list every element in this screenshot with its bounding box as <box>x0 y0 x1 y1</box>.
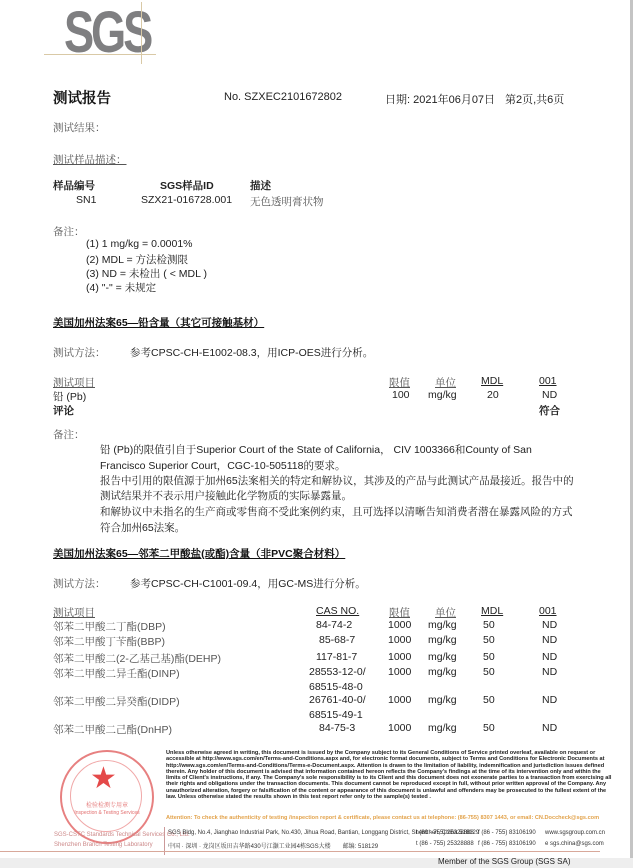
sample-table-header-desc: 描述 <box>250 178 271 193</box>
s1-header-limit: 限值 <box>389 375 410 390</box>
s2-result: ND <box>542 666 557 678</box>
s2-header-item: 测试项目 <box>53 605 95 620</box>
s2-mdl: 50 <box>483 666 495 678</box>
s2-item: 邻苯二甲酸丁苄酯(BBP) <box>53 634 165 649</box>
s2-header-sample: 001 <box>539 605 557 617</box>
page-indicator: 第2页,共6页 <box>505 91 564 107</box>
logo-vertical-rule <box>141 2 142 64</box>
official-stamp: ★ 检验检测专用章 Inspection & Testing Services <box>60 750 154 844</box>
s2-item: 邻苯二甲酸二异癸酯(DIDP) <box>53 694 180 709</box>
s1-row-unit: mg/kg <box>428 389 457 401</box>
s2-result: ND <box>542 722 557 734</box>
s2-cas: 85-68-7 <box>319 634 355 646</box>
notes-label: 备注： <box>53 224 85 239</box>
s2-item: 邻苯二甲酸二异壬酯(DINP) <box>53 666 180 681</box>
email-link[interactable]: e sgs.china@sgs.com <box>545 841 604 847</box>
s2-cas-2: 68515-48-0 <box>309 681 363 693</box>
s2-item: 邻苯二甲酸二己酯(DnHP) <box>53 722 172 737</box>
fax-2: f (86 - 755) 83106190 <box>478 841 536 847</box>
section1-remarks: 铅 (Pb)的限值引自于Superior Court of the State … <box>100 442 580 536</box>
s2-cas: 26761-40-0/ <box>309 694 366 706</box>
stamp-center-text: 检验检测专用章 <box>72 800 142 809</box>
s2-result: ND <box>542 651 557 663</box>
s2-limit: 1000 <box>388 634 411 646</box>
s2-unit: mg/kg <box>428 651 457 663</box>
sample-desc: 无色透明膏状物 <box>250 194 324 209</box>
stamp-branch-line: Shenzhen Branch Testing Laboratory <box>54 842 153 848</box>
s2-unit: mg/kg <box>428 634 457 646</box>
s2-cas: 84-75-3 <box>319 722 355 734</box>
sample-no: SN1 <box>76 194 96 206</box>
sample-description-label: 测试样品描述： <box>53 152 127 167</box>
s2-unit: mg/kg <box>428 666 457 678</box>
remark-3: 和解协议中未指名的生产商或零售商不受此案例约束，且可选择以清晰告知消费者潜在暴露… <box>100 504 580 536</box>
section1-title: 美国加州法案65—铅含量（其它可接触基材） <box>53 315 264 330</box>
s1-header-item: 测试项目 <box>53 375 95 390</box>
address-cn: 中国 · 深圳 · 龙岗区坂田吉华路430号江灏工业园4栋SGS大楼 邮编: 5… <box>168 841 378 850</box>
note-2: (2) MDL = 方法检测限 <box>86 252 188 267</box>
s1-comment-label: 评论 <box>53 403 74 418</box>
section2-method-label: 测试方法： <box>53 576 106 591</box>
report-title: 测试报告 <box>53 87 111 108</box>
s2-mdl: 50 <box>483 722 495 734</box>
s1-row-item: 铅 (Pb) <box>53 389 86 404</box>
s2-header-limit: 限值 <box>389 605 410 620</box>
s2-cas-2: 68515-49-1 <box>309 709 363 721</box>
s1-header-unit: 单位 <box>435 375 456 390</box>
sample-id: SZX21-016728.001 <box>141 194 232 206</box>
s2-limit: 1000 <box>388 666 411 678</box>
logo-horizontal-rule <box>44 54 156 55</box>
s1-row-limit: 100 <box>392 389 410 401</box>
member-statement: Member of the SGS Group (SGS SA) <box>438 857 571 866</box>
report-date: 日期: 2021年06月07日 <box>385 91 495 107</box>
test-results-label: 测试结果： <box>53 120 106 135</box>
s2-cas: 117-81-7 <box>316 651 357 663</box>
footer-divider-horizontal <box>0 851 600 852</box>
s2-cas: 84-74-2 <box>316 619 352 631</box>
s2-header-cas: CAS NO. <box>316 605 359 617</box>
note-1: (1) 1 mg/kg = 0.0001% <box>86 238 193 250</box>
telephone-1: t (86 - 755) 25328888 <box>416 830 474 836</box>
s2-mdl: 50 <box>483 651 495 663</box>
s2-header-mdl: MDL <box>481 605 503 617</box>
s1-header-sample: 001 <box>539 375 557 387</box>
s2-result: ND <box>542 634 557 646</box>
s1-header-mdl: MDL <box>481 375 503 387</box>
s2-limit: 1000 <box>388 651 411 663</box>
website-link[interactable]: www.sgsgroup.com.cn <box>545 830 605 836</box>
telephone-2: t (86 - 755) 25328888 <box>416 841 474 847</box>
s2-mdl: 50 <box>483 634 495 646</box>
remark-2: 报告中引用的限值源于加州65法案相关的特定和解协议，其涉及的产品与此测试产品最接… <box>100 474 580 504</box>
section1-method-label: 测试方法： <box>53 345 106 360</box>
section2-title: 美国加州法案65—邻苯二甲酸盐(或酯)含量（非PVC聚合材料） <box>53 546 345 561</box>
s2-unit: mg/kg <box>428 722 457 734</box>
legal-disclaimer: Unless otherwise agreed in writing, this… <box>166 750 614 800</box>
s2-limit: 1000 <box>388 694 411 706</box>
s2-mdl: 50 <box>483 619 495 631</box>
star-icon: ★ <box>90 764 117 794</box>
s2-unit: mg/kg <box>428 694 457 706</box>
sample-table-header-id: SGS样品ID <box>160 178 214 193</box>
s2-limit: 1000 <box>388 722 411 734</box>
fax-1: f (86 - 755) 83106190 <box>478 830 536 836</box>
sample-table-header-no: 样品编号 <box>53 178 95 193</box>
s2-limit: 1000 <box>388 619 411 631</box>
authenticity-notice: Attention: To check the authenticity of … <box>166 815 614 821</box>
s2-item: 邻苯二甲酸二丁酯(DBP) <box>53 619 166 634</box>
section1-remarks-label: 备注： <box>53 427 85 442</box>
s2-header-unit: 单位 <box>435 605 456 620</box>
report-number: No. SZXEC2101672802 <box>224 91 342 103</box>
section1-method: 参考CPSC-CH-E1002-08.3，用ICP-OES进行分析。 <box>130 345 373 360</box>
s1-row-mdl: 20 <box>487 389 499 401</box>
s1-comment-value: 符合 <box>539 403 560 418</box>
section2-method: 参考CPSC-CH-C1001-09.4，用GC-MS进行分析。 <box>130 576 366 591</box>
note-3: (3) ND = 未检出 ( < MDL ) <box>86 266 207 281</box>
s2-unit: mg/kg <box>428 619 457 631</box>
remark-1: 铅 (Pb)的限值引自于Superior Court of the State … <box>100 442 580 474</box>
s2-cas: 28553-12-0/ <box>309 666 366 678</box>
s2-item: 邻苯二甲酸二(2-乙基己基)酯(DEHP) <box>53 651 221 666</box>
s2-result: ND <box>542 694 557 706</box>
s2-result: ND <box>542 619 557 631</box>
s2-mdl: 50 <box>483 694 495 706</box>
note-4: (4) "-" = 未规定 <box>86 280 156 295</box>
stamp-en-text: Inspection & Testing Services <box>70 810 144 816</box>
s1-row-result: ND <box>542 389 557 401</box>
